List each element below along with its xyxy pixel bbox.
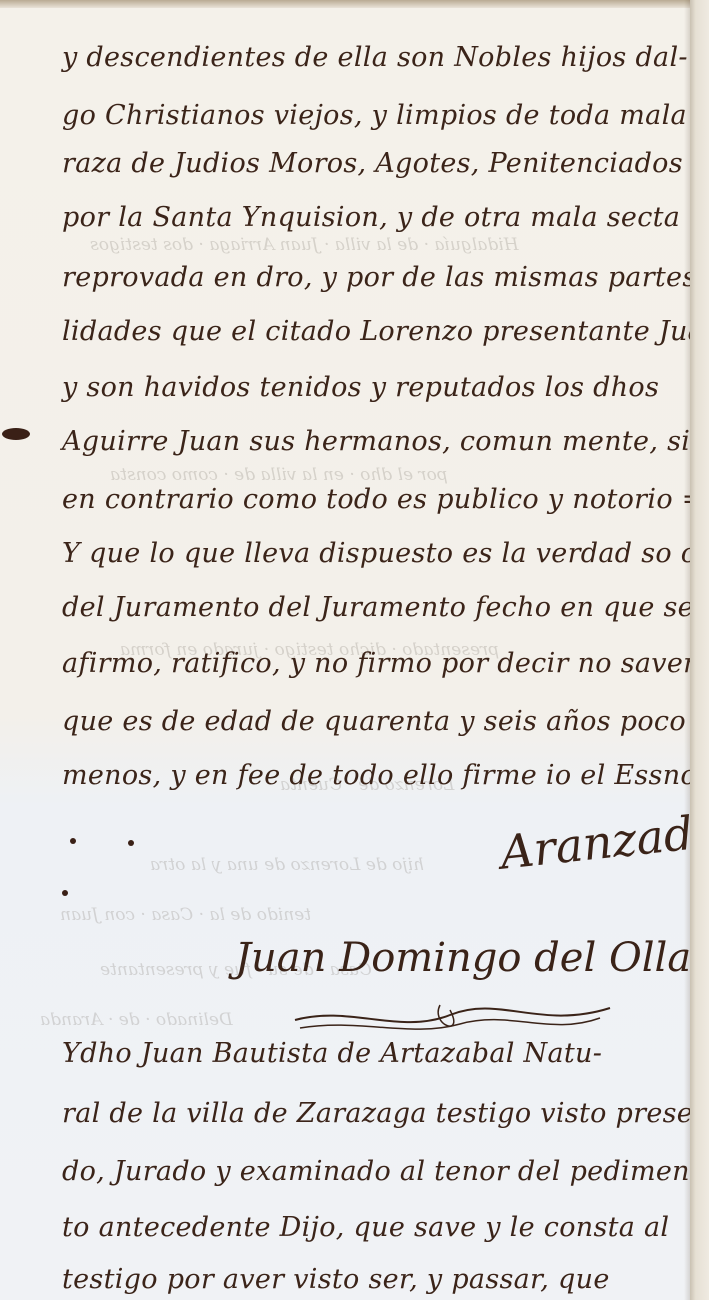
manuscript-line: raza de Judios Moros, Agotes, Penitencia… bbox=[62, 148, 683, 179]
signature-aranzadi: Aranzadi bbox=[498, 804, 690, 879]
signature-flourish bbox=[290, 1000, 620, 1040]
manuscript-line: do, Jurado y examinado al tenor del pedi… bbox=[62, 1156, 690, 1187]
ink-dot bbox=[70, 838, 76, 844]
manuscript-line: menos, y en fee de todo ello firme io el… bbox=[62, 760, 690, 791]
manuscript-line: reprovada en dro, y por de las mismas pa… bbox=[62, 262, 690, 293]
ink-dot bbox=[128, 840, 134, 846]
manuscript-line: to antecedente Dijo, que save y le const… bbox=[62, 1212, 669, 1243]
manuscript-line: go Christianos viejos, y limpios de toda… bbox=[62, 100, 687, 131]
bleed-through-text: tenido de la · Casa · con Juan bbox=[60, 905, 311, 925]
bleed-through-text: Hidalguía · de la villa · Juan Arriaga ·… bbox=[90, 235, 518, 255]
manuscript-line: que es de edad de quarenta y seis años p… bbox=[62, 706, 690, 737]
manuscript-page: Hidalguía · de la villa · Juan Arriaga ·… bbox=[0, 0, 690, 1300]
manuscript-line: afirmo, ratifico, y no firmo por decir n… bbox=[62, 648, 690, 679]
signature-juan-domingo: Juan Domingo del Olla bbox=[235, 935, 690, 981]
manuscript-line: por la Santa Ynquision, y de otra mala s… bbox=[62, 202, 680, 233]
page-top-edge bbox=[0, 0, 690, 8]
bleed-through-text: Delinado · de · Aranda bbox=[40, 1010, 233, 1030]
manuscript-line: ral de la villa de Zarazaga testigo vist… bbox=[62, 1098, 690, 1129]
bleed-through-text: hijo de Lorenzo de una y la otra bbox=[150, 855, 424, 875]
manuscript-line: lidades que el citado Lorenzo presentant… bbox=[62, 316, 690, 347]
page-right-edge bbox=[690, 0, 709, 1300]
manuscript-line: y descendientes de ella son Nobles hijos… bbox=[62, 42, 688, 73]
bleed-through-text: por el dho · en la villa de · como const… bbox=[110, 465, 448, 485]
manuscript-line: y son havidos tenidos y reputados los dh… bbox=[62, 372, 659, 403]
manuscript-line: testigo por aver visto ser, y passar, qu… bbox=[62, 1264, 610, 1295]
manuscript-line: del Juramento del Juramento fecho en que… bbox=[62, 592, 690, 623]
manuscript-line: Aguirre Juan sus hermanos, comun mente, … bbox=[62, 426, 690, 457]
manuscript-line: Y que lo que lleva dispuesto es la verda… bbox=[62, 538, 690, 569]
ink-dot bbox=[62, 890, 68, 896]
manuscript-line: en contrario como todo es publico y noto… bbox=[62, 484, 690, 515]
manuscript-line: Ydho Juan Bautista de Artazabal Natu- bbox=[62, 1038, 602, 1069]
ink-blot bbox=[2, 428, 30, 440]
